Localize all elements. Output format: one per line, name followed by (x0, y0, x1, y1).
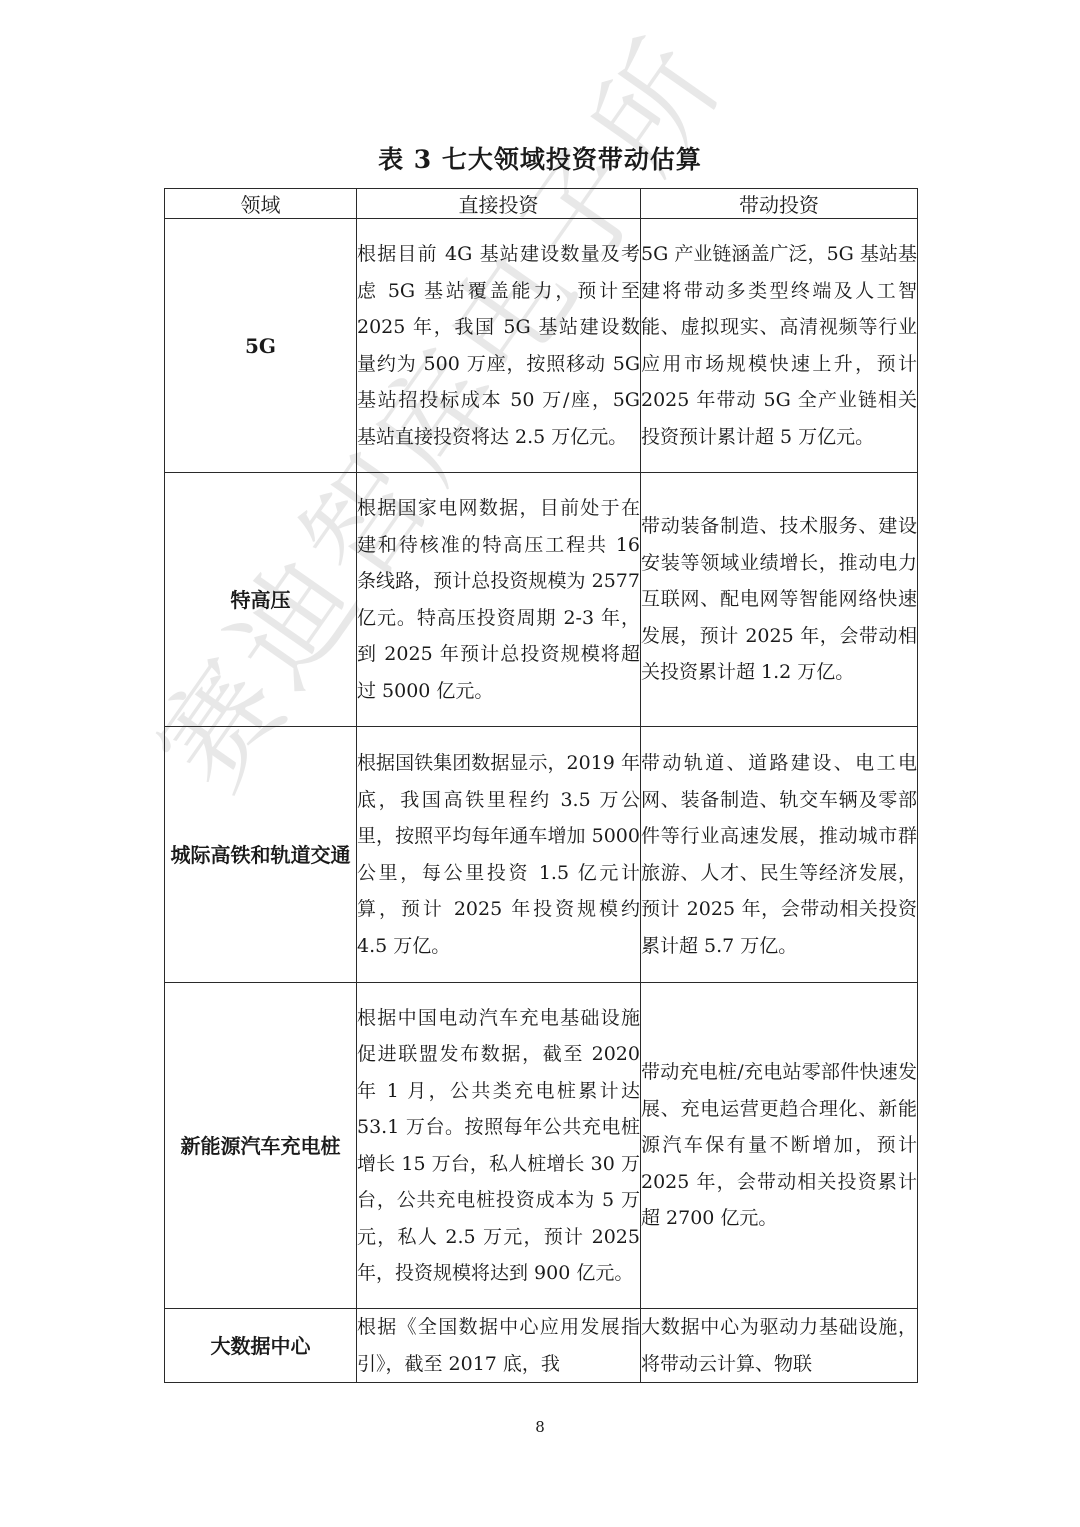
domain-cell: 大数据中心 (165, 1309, 357, 1383)
table-title: 表 3 七大领域投资带动估算 (0, 140, 1080, 176)
table-row: 城际高铁和轨道交通 根据国铁集团数据显示，2019 年底，我国高铁里程约 3.5… (165, 727, 918, 983)
direct-investment-cell: 根据国铁集团数据显示，2019 年底，我国高铁里程约 3.5 万公里，按照平均每… (357, 727, 641, 983)
domain-cell: 城际高铁和轨道交通 (165, 727, 357, 983)
direct-investment-cell: 根据国家电网数据，目前处于在建和待核准的特高压工程共 16 条线路，预计总投资规… (357, 473, 641, 727)
domain-cell: 新能源汽车充电桩 (165, 983, 357, 1309)
table-row: 5G 根据目前 4G 基站建设数量及考虑 5G 基站覆盖能力，预计至 2025 … (165, 219, 918, 473)
direct-investment-cell: 根据《全国数据中心应用发展指引》，截至 2017 底，我 (357, 1309, 641, 1383)
driven-investment-cell: 带动轨道、道路建设、电工电网、装备制造、轨交车辆及零部件等行业高速发展，推动城市… (641, 727, 918, 983)
investment-table: 领域 直接投资 带动投资 5G 根据目前 4G 基站建设数量及考虑 5G 基站覆… (164, 188, 918, 1383)
table-row: 新能源汽车充电桩 根据中国电动汽车充电基础设施促进联盟发布数据，截至 2020 … (165, 983, 918, 1309)
page-number: 8 (0, 1418, 1080, 1436)
driven-investment-cell: 带动装备制造、技术服务、建设安装等领域业绩增长，推动电力互联网、配电网等智能网络… (641, 473, 918, 727)
header-domain: 领域 (165, 189, 357, 219)
table-header-row: 领域 直接投资 带动投资 (165, 189, 918, 219)
domain-cell: 特高压 (165, 473, 357, 727)
driven-investment-cell: 带动充电桩/充电站零部件快速发展、充电运营更趋合理化、新能源汽车保有量不断增加，… (641, 983, 918, 1309)
header-direct-investment: 直接投资 (357, 189, 641, 219)
direct-investment-cell: 根据目前 4G 基站建设数量及考虑 5G 基站覆盖能力，预计至 2025 年，我… (357, 219, 641, 473)
table-row: 特高压 根据国家电网数据，目前处于在建和待核准的特高压工程共 16 条线路，预计… (165, 473, 918, 727)
driven-investment-cell: 大数据中心为驱动力基础设施，将带动云计算、物联 (641, 1309, 918, 1383)
header-driven-investment: 带动投资 (641, 189, 918, 219)
table-row: 大数据中心 根据《全国数据中心应用发展指引》，截至 2017 底，我 大数据中心… (165, 1309, 918, 1383)
direct-investment-cell: 根据中国电动汽车充电基础设施促进联盟发布数据，截至 2020 年 1 月，公共类… (357, 983, 641, 1309)
domain-cell: 5G (165, 219, 357, 473)
driven-investment-cell: 5G 产业链涵盖广泛，5G 基站基建将带动多类型终端及人工智能、虚拟现实、高清视… (641, 219, 918, 473)
